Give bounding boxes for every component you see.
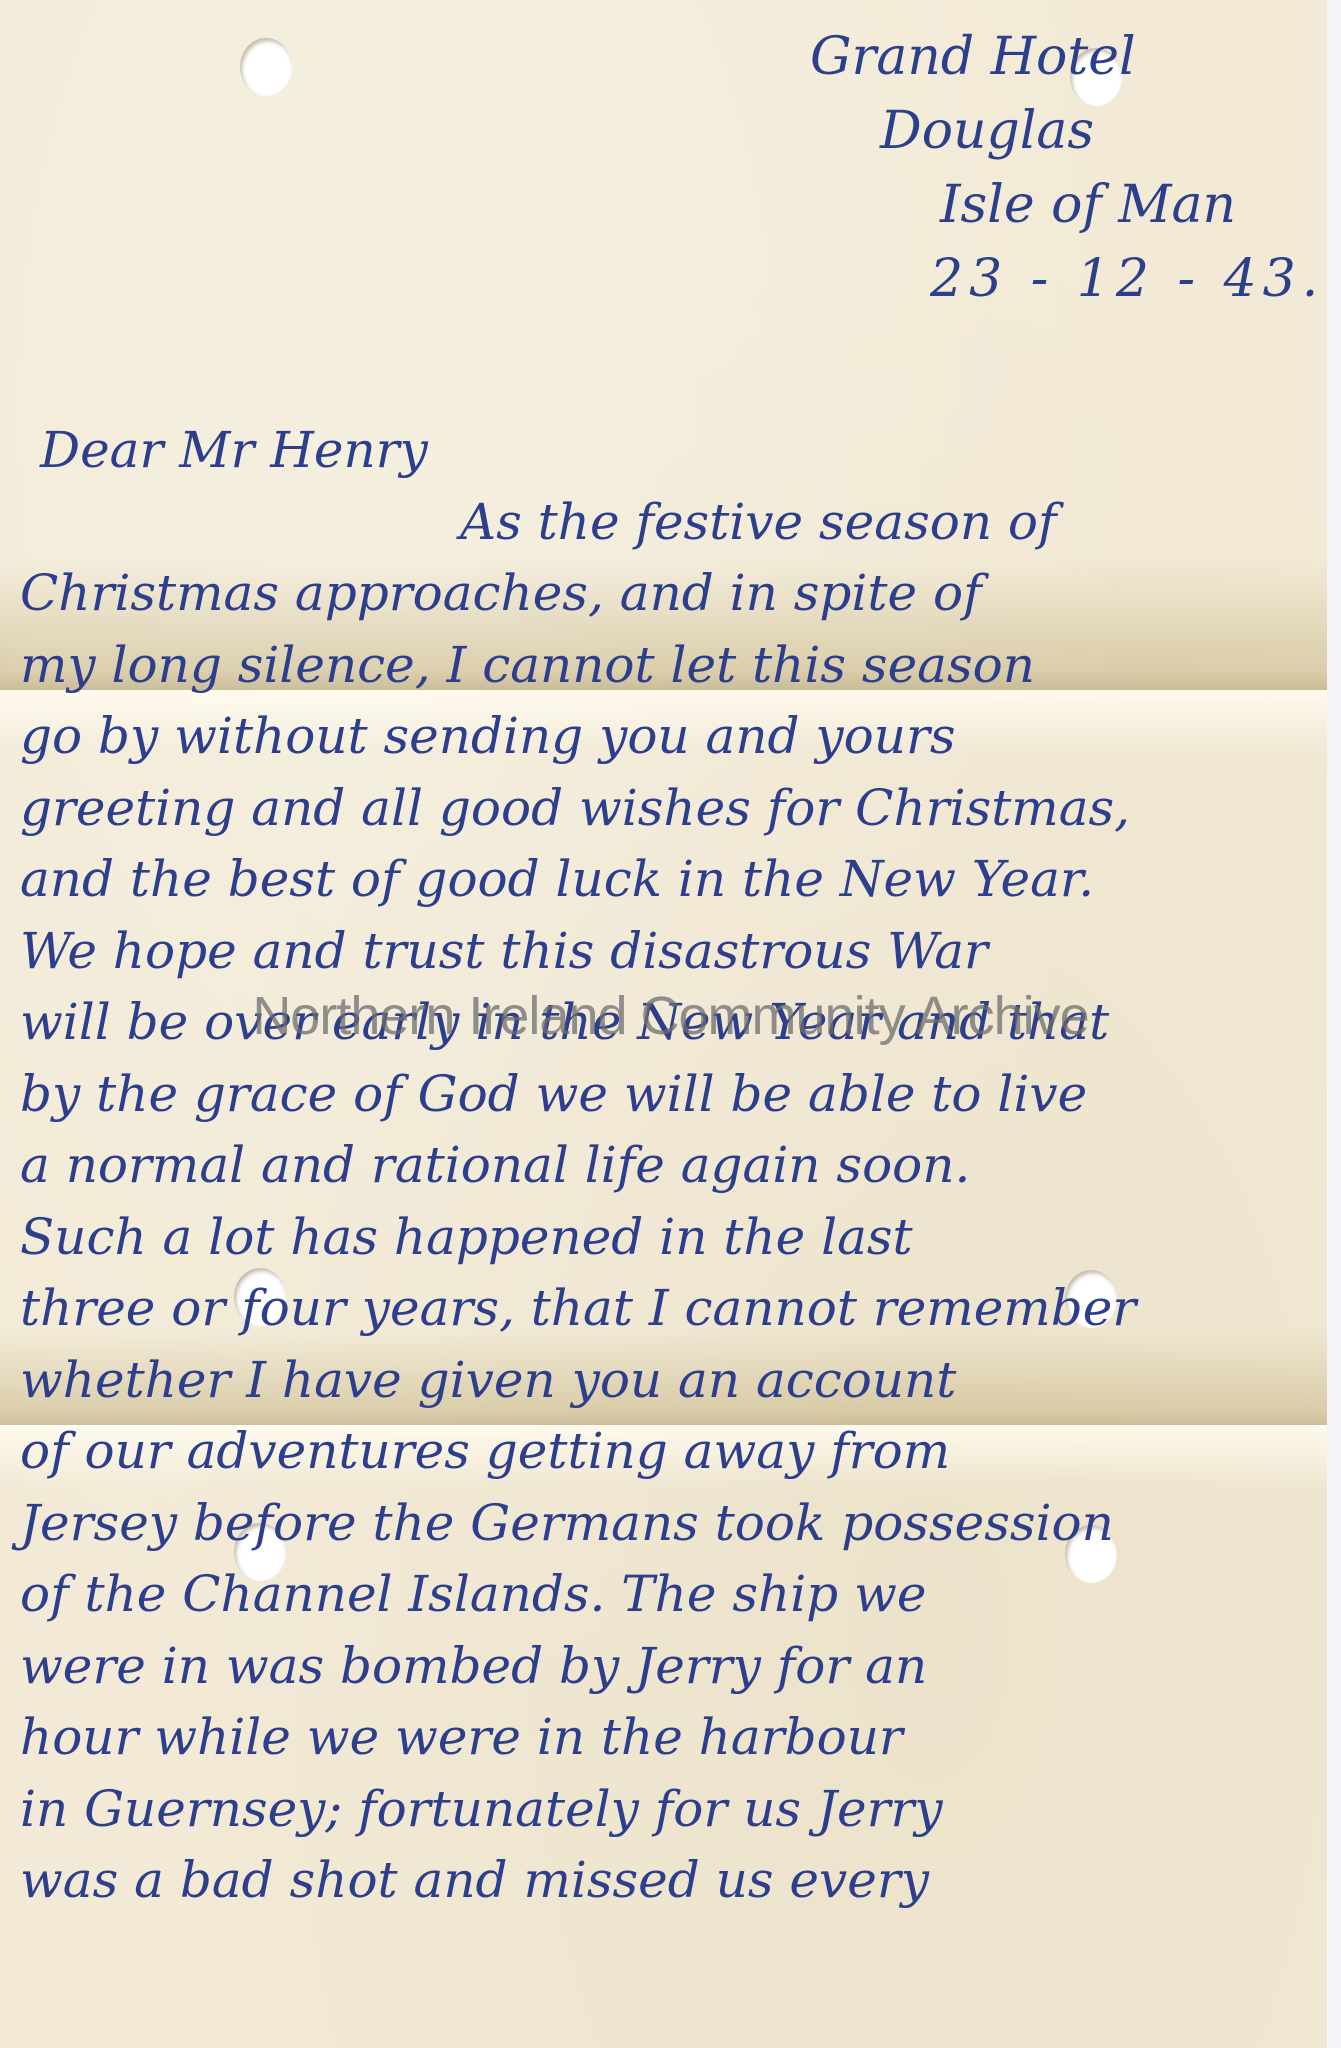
text-line: go by without sending you and yours	[20, 701, 1320, 773]
letter-body: Dear Mr Henry As the festive season of C…	[20, 415, 1320, 1917]
text-line: a normal and rational life again soon.	[20, 1130, 1320, 1202]
address-line: Isle of Man	[810, 168, 1290, 242]
text-line: As the festive season of	[20, 487, 1320, 559]
text-line: of the Channel Islands. The ship we	[20, 1559, 1320, 1631]
text-line: of our adventures getting away from	[20, 1416, 1320, 1488]
letter-date: 23 - 12 - 43.	[810, 242, 1290, 316]
archive-watermark: Northern Ireland Community Archive	[0, 985, 1341, 1047]
text-line: Christmas approaches, and in spite of	[20, 558, 1320, 630]
punch-hole	[240, 38, 292, 96]
salutation: Dear Mr Henry	[20, 415, 1320, 487]
text-line: Such a lot has happened in the last	[20, 1202, 1320, 1274]
address-line: Grand Hotel	[810, 20, 1290, 94]
text-line: by the grace of God we will be able to l…	[20, 1059, 1320, 1131]
text-line: hour while we were in the harbour	[20, 1702, 1320, 1774]
text-line: was a bad shot and missed us every	[20, 1845, 1320, 1917]
address-line: Douglas	[810, 94, 1290, 168]
text-line: whether I have given you an account	[20, 1345, 1320, 1417]
text-line: greeting and all good wishes for Christm…	[20, 773, 1320, 845]
text-line: were in was bombed by Jerry for an	[20, 1631, 1320, 1703]
sender-address: Grand Hotel Douglas Isle of Man 23 - 12 …	[810, 20, 1290, 316]
text-line: my long silence, I cannot let this seaso…	[20, 630, 1320, 702]
text-line: three or four years, that I cannot remem…	[20, 1273, 1320, 1345]
text-line: Jersey before the Germans took possessio…	[20, 1488, 1320, 1560]
text-line: and the best of good luck in the New Yea…	[20, 844, 1320, 916]
text-line: We hope and trust this disastrous War	[20, 916, 1320, 988]
text-line: in Guernsey; fortunately for us Jerry	[20, 1774, 1320, 1846]
